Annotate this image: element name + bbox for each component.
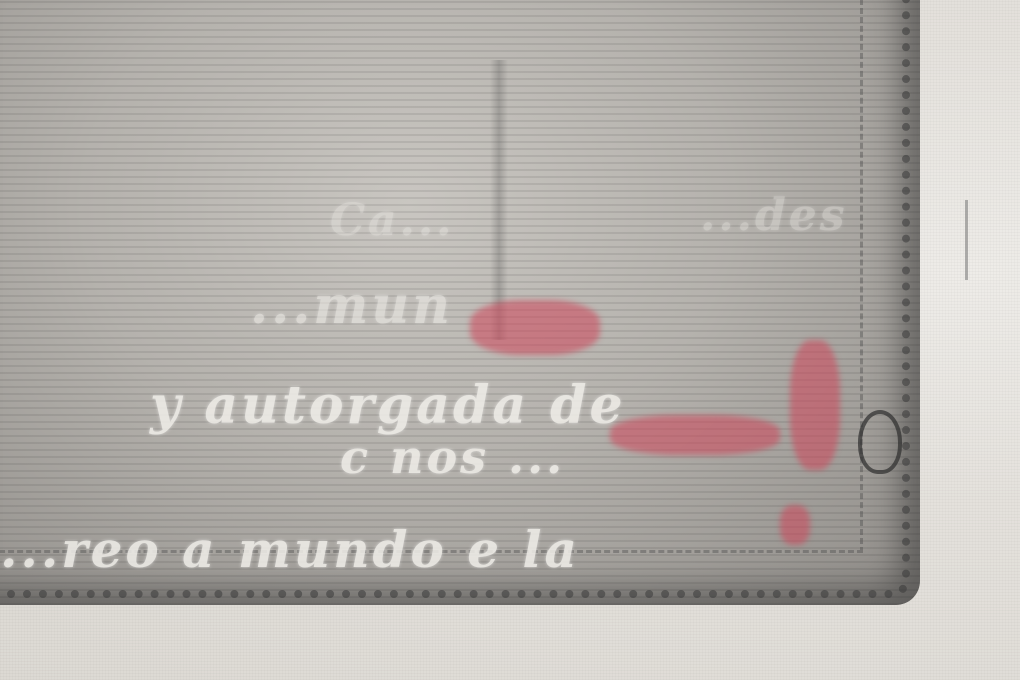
scroll-ornament [858, 410, 902, 474]
margin-mark [965, 200, 968, 280]
red-chalk-mark [790, 340, 840, 470]
inscription-line-6: ...reo a mundo e la [0, 520, 580, 579]
inscription-line-1: Ca... [330, 195, 454, 246]
inscription-line-5: c nos ... [340, 430, 565, 484]
red-chalk-mark [780, 505, 810, 545]
red-chalk-mark [470, 300, 600, 355]
inscription-line-2: ...des [700, 190, 848, 241]
inscription-line-3: ...mun [250, 275, 453, 336]
inscription-line-4: y autorgada de [150, 375, 626, 436]
cloth-fold [490, 60, 508, 340]
red-chalk-mark [610, 415, 780, 455]
